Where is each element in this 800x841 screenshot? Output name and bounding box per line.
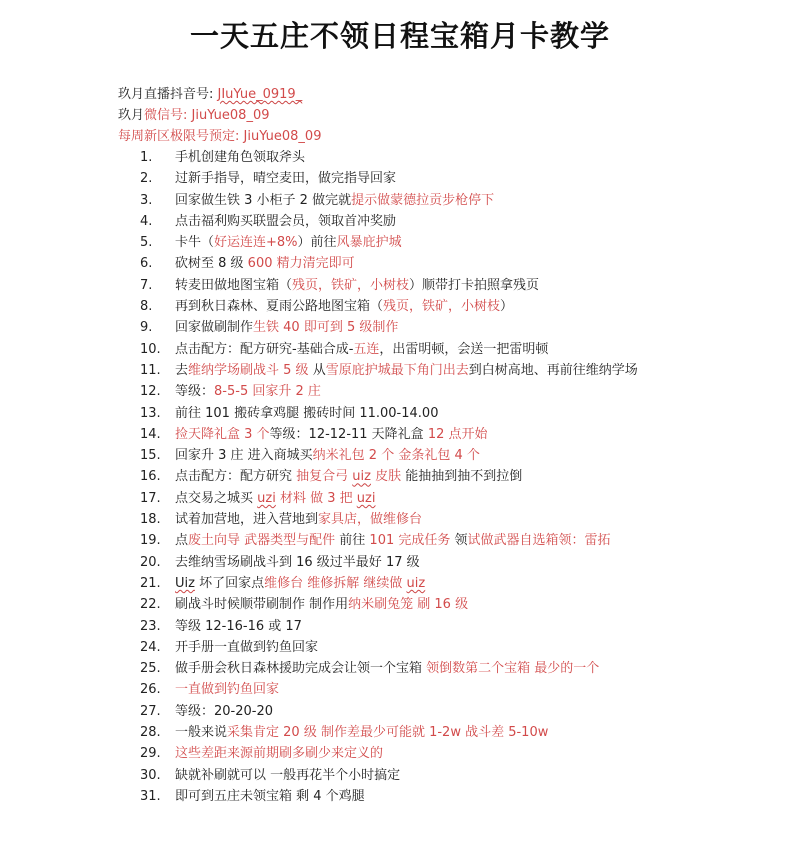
list-item: 20.去维纳雪场刷战斗到 16 级过半最好 17 级 [140, 552, 638, 573]
list-item: 12.等级：8-5-5 回家升 2 庄 [140, 381, 638, 402]
step-number: 9. [140, 317, 175, 338]
text-segment: 去 [175, 363, 188, 378]
contact-line: 玖月微信号: JiuYue08_09 [118, 105, 321, 126]
step-number: 27. [140, 701, 175, 722]
step-number: 1. [140, 147, 175, 168]
step-text: 这些差距来源前期刷多刷少来定义的 [175, 743, 383, 764]
text-segment: 卡牛（ [175, 235, 214, 250]
steps-list: 1.手机创建角色领取斧头2.过新手指导，晴空麦田，做完指导回家3.回家做生铁 3… [140, 147, 638, 807]
step-text: 点击福利购买联盟会员，领取首冲奖励 [175, 211, 396, 232]
step-text: 转麦田做地图宝箱（残页，铁矿，小树枝）顺带打卡拍照拿残页 [175, 275, 539, 296]
text-segment: 玖月直播抖音号: [118, 87, 218, 102]
step-number: 28. [140, 722, 175, 743]
text-segment: 点击配方：配方研究-基础合成- [175, 342, 353, 357]
highlighted-text: 12 点开始 [428, 427, 488, 442]
text-segment: 领 [450, 533, 467, 548]
contact-line: 玖月直播抖音号: JIuYue_0919_ [118, 84, 321, 105]
text-segment: 试着加营地，进入营地到 [175, 512, 318, 527]
list-item: 25.做手册会秋日森林援助完成会让领一个宝箱 领倒数第二个宝箱 最少的一个 [140, 658, 638, 679]
text-segment: ）顺带打卡拍照拿残页 [409, 278, 539, 293]
highlighted-text: 领倒数第二个宝箱 最少的一个 [426, 661, 599, 676]
step-number: 11. [140, 360, 175, 381]
text-segment: 做手册会秋日森林援助完成会让领一个宝箱 [175, 661, 426, 676]
text-segment: 去维纳雪场刷战斗到 16 级过半最好 17 级 [175, 555, 420, 570]
highlighted-text: 一直做到钓鱼回家 [175, 682, 279, 697]
step-text: 去维纳雪场刷战斗到 16 级过半最好 17 级 [175, 552, 420, 573]
step-number: 22. [140, 594, 175, 615]
step-text: 做手册会秋日森林援助完成会让领一个宝箱 领倒数第二个宝箱 最少的一个 [175, 658, 599, 679]
text-segment: 手机创建角色领取斧头 [175, 150, 305, 165]
list-item: 7.转麦田做地图宝箱（残页，铁矿，小树枝）顺带打卡拍照拿残页 [140, 275, 638, 296]
step-number: 21. [140, 573, 175, 594]
step-number: 2. [140, 168, 175, 189]
highlighted-text: 600 精力清完即可 [248, 256, 355, 271]
highlighted-text: 维纳学场刷战斗 5 级 [188, 363, 309, 378]
highlighted-text: 风暴庇护城 [337, 235, 402, 250]
step-text: 回家做刷制作生铁 40 即可到 5 级制作 [175, 317, 398, 338]
step-number: 7. [140, 275, 175, 296]
text-segment: 能抽抽到抽不到拉倒 [401, 469, 522, 484]
list-item: 16.点击配方：配方研究 抽复合弓 uiz 皮肤 能抽抽到抽不到拉倒 [140, 466, 638, 487]
list-item: 13.前往 101 搬砖拿鸡腿 搬砖时间 11.00-14.00 [140, 403, 638, 424]
step-number: 23. [140, 616, 175, 637]
text-segment: 点 [175, 533, 188, 548]
text-segment: 前往 [335, 533, 369, 548]
step-number: 5. [140, 232, 175, 253]
list-item: 2.过新手指导，晴空麦田，做完指导回家 [140, 168, 638, 189]
highlighted-text: uzi [357, 491, 376, 506]
highlighted-text: 这些差距来源前期刷多刷少来定义的 [175, 746, 383, 761]
text-segment: 转麦田做地图宝箱（ [175, 278, 292, 293]
highlighted-text: 捡天降礼盒 3 个 [175, 427, 270, 442]
list-item: 29.这些差距来源前期刷多刷少来定义的 [140, 743, 638, 764]
text-segment: 等级 12-16-16 或 17 [175, 619, 302, 634]
highlighted-text: 好运连连+8% [214, 235, 298, 250]
text-segment: 回家做生铁 3 小柜子 2 做完就 [175, 193, 351, 208]
contact-line: 每周新区极限号预定: JiuYue08_09 [118, 126, 321, 147]
step-text: 一直做到钓鱼回家 [175, 679, 279, 700]
text-segment: 刷战斗时候顺带刷制作 制作用 [175, 597, 348, 612]
step-text: 捡天降礼盒 3 个等级：12-12-11 天降礼盒 12 点开始 [175, 424, 488, 445]
list-item: 5.卡牛（好运连连+8%）前往风暴庇护城 [140, 232, 638, 253]
text-segment: 从 [309, 363, 326, 378]
highlighted-text: uiz [352, 469, 371, 484]
step-text: 一般来说采集肯定 20 级 制作差最少可能就 1-2w 战斗差 5-10w [175, 722, 548, 743]
list-item: 8.再到秋日森林、夏雨公路地图宝箱（残页，铁矿，小树枝） [140, 296, 638, 317]
step-number: 16. [140, 466, 175, 487]
list-item: 15.回家升 3 庄 进入商城买纳米礼包 2 个 金条礼包 4 个 [140, 445, 638, 466]
text-segment: 等级：20-20-20 [175, 704, 273, 719]
text-segment: ） [500, 299, 513, 314]
list-item: 27.等级：20-20-20 [140, 701, 638, 722]
text-segment: 缺就补刷就可以 一般再花半个小时搞定 [175, 768, 400, 783]
list-item: 1.手机创建角色领取斧头 [140, 147, 638, 168]
highlighted-text: 101 完成任务 [369, 533, 450, 548]
highlighted-text: uzi [257, 491, 276, 506]
list-item: 4.点击福利购买联盟会员，领取首冲奖励 [140, 211, 638, 232]
text-segment: 点击福利购买联盟会员，领取首冲奖励 [175, 214, 396, 229]
step-number: 31. [140, 786, 175, 807]
list-item: 26.一直做到钓鱼回家 [140, 679, 638, 700]
highlighted-text: 材料 做 3 把 [276, 491, 357, 506]
list-item: 6.砍树至 8 级 600 精力清完即可 [140, 253, 638, 274]
step-number: 4. [140, 211, 175, 232]
list-item: 19.点废土向导 武器类型与配件 前往 101 完成任务 领试做武器自选箱领：雷… [140, 530, 638, 551]
step-text: 再到秋日森林、夏雨公路地图宝箱（残页，铁矿，小树枝） [175, 296, 513, 317]
step-number: 14. [140, 424, 175, 445]
highlighted-text: 残页，铁矿，小树枝 [383, 299, 500, 314]
list-item: 31.即可到五庄未领宝箱 剩 4 个鸡腿 [140, 786, 638, 807]
highlighted-text: 纳米刷兔笼 刷 16 级 [348, 597, 468, 612]
step-number: 8. [140, 296, 175, 317]
text-segment: 再到秋日森林、夏雨公路地图宝箱（ [175, 299, 383, 314]
step-text: 点废土向导 武器类型与配件 前往 101 完成任务 领试做武器自选箱领：雷拓 [175, 530, 611, 551]
list-item: 18.试着加营地，进入营地到家具店，做维修台 [140, 509, 638, 530]
text-segment: 等级：12-12-11 天降礼盒 [270, 427, 428, 442]
list-item: 22.刷战斗时候顺带刷制作 制作用纳米刷兔笼 刷 16 级 [140, 594, 638, 615]
text-segment: 一般来说 [175, 725, 227, 740]
highlighted-text: 残页，铁矿，小树枝 [292, 278, 409, 293]
text-segment: ，出雷明顿，会送一把雷明顿 [379, 342, 548, 357]
step-number: 26. [140, 679, 175, 700]
step-text: 等级：8-5-5 回家升 2 庄 [175, 381, 321, 402]
text-segment: 砍树至 8 级 [175, 256, 248, 271]
step-number: 10. [140, 339, 175, 360]
step-text: Uiz 坏了回家点维修台 维修拆解 继续做 uiz [175, 573, 425, 594]
text-segment: 到白树高地、再前往维纳学场 [469, 363, 638, 378]
step-number: 17. [140, 488, 175, 509]
text-segment: 坏了回家点 [195, 576, 264, 591]
step-text: 砍树至 8 级 600 精力清完即可 [175, 253, 355, 274]
text-segment: 过新手指导，晴空麦田，做完指导回家 [175, 171, 396, 186]
text-segment: Uiz [175, 576, 195, 591]
list-item: 3.回家做生铁 3 小柜子 2 做完就提示做蒙德拉贡步枪停下 [140, 190, 638, 211]
list-item: 17.点交易之城买 uzi 材料 做 3 把 uzi [140, 488, 638, 509]
step-number: 30. [140, 765, 175, 786]
step-number: 25. [140, 658, 175, 679]
highlighted-text: 采集肯定 20 级 制作差最少可能就 1-2w 战斗差 5-10w [227, 725, 548, 740]
contact-info: 玖月直播抖音号: JIuYue_0919_玖月微信号: JiuYue08_09每… [118, 84, 321, 147]
step-number: 12. [140, 381, 175, 402]
text-segment: 回家做刷制作 [175, 320, 253, 335]
step-text: 去维纳学场刷战斗 5 级 从雪原庇护城最下角门出去到白树高地、再前往维纳学场 [175, 360, 638, 381]
step-text: 开手册一直做到钓鱼回家 [175, 637, 318, 658]
step-number: 6. [140, 253, 175, 274]
step-text: 点击配方：配方研究-基础合成-五连，出雷明顿，会送一把雷明顿 [175, 339, 548, 360]
highlighted-text: 雪原庇护城最下角门出去 [326, 363, 469, 378]
list-item: 30.缺就补刷就可以 一般再花半个小时搞定 [140, 765, 638, 786]
step-number: 20. [140, 552, 175, 573]
step-number: 18. [140, 509, 175, 530]
highlighted-text: 提示做蒙德拉贡步枪停下 [351, 193, 494, 208]
highlighted-text: 皮肤 [371, 469, 401, 484]
step-text: 卡牛（好运连连+8%）前往风暴庇护城 [175, 232, 402, 253]
highlighted-text: 维修台 维修拆解 继续做 [264, 576, 406, 591]
step-text: 点交易之城买 uzi 材料 做 3 把 uzi [175, 488, 375, 509]
highlighted-text: 五连 [353, 342, 379, 357]
step-text: 过新手指导，晴空麦田，做完指导回家 [175, 168, 396, 189]
text-segment: 点击配方：配方研究 [175, 469, 296, 484]
highlighted-text: 每周新区极限号预定: JiuYue08_09 [118, 129, 321, 144]
text-segment: 前往 101 搬砖拿鸡腿 搬砖时间 11.00-14.00 [175, 406, 438, 421]
highlighted-text: 微信号: JiuYue08_09 [144, 108, 269, 123]
highlighted-text: JIuYue_0919_ [218, 87, 303, 102]
highlighted-text: 试做武器自选箱领：雷拓 [468, 533, 611, 548]
text-segment: 等级： [175, 384, 214, 399]
list-item: 14.捡天降礼盒 3 个等级：12-12-11 天降礼盒 12 点开始 [140, 424, 638, 445]
list-item: 9.回家做刷制作生铁 40 即可到 5 级制作 [140, 317, 638, 338]
list-item: 11.去维纳学场刷战斗 5 级 从雪原庇护城最下角门出去到白树高地、再前往维纳学… [140, 360, 638, 381]
highlighted-text: 8-5-5 回家升 2 庄 [214, 384, 321, 399]
step-text: 手机创建角色领取斧头 [175, 147, 305, 168]
step-text: 等级 12-16-16 或 17 [175, 616, 302, 637]
step-text: 回家升 3 庄 进入商城买纳米礼包 2 个 金条礼包 4 个 [175, 445, 480, 466]
list-item: 28.一般来说采集肯定 20 级 制作差最少可能就 1-2w 战斗差 5-10w [140, 722, 638, 743]
text-segment: 回家升 3 庄 进入商城买 [175, 448, 313, 463]
step-text: 点击配方：配方研究 抽复合弓 uiz 皮肤 能抽抽到抽不到拉倒 [175, 466, 522, 487]
list-item: 10.点击配方：配方研究-基础合成-五连，出雷明顿，会送一把雷明顿 [140, 339, 638, 360]
step-text: 前往 101 搬砖拿鸡腿 搬砖时间 11.00-14.00 [175, 403, 438, 424]
step-text: 等级：20-20-20 [175, 701, 273, 722]
step-number: 29. [140, 743, 175, 764]
text-segment: 即可到五庄未领宝箱 剩 4 个鸡腿 [175, 789, 365, 804]
step-number: 13. [140, 403, 175, 424]
highlighted-text: 纳米礼包 2 个 金条礼包 4 个 [313, 448, 480, 463]
text-segment: 开手册一直做到钓鱼回家 [175, 640, 318, 655]
step-text: 即可到五庄未领宝箱 剩 4 个鸡腿 [175, 786, 365, 807]
highlighted-text: 家具店，做维修台 [318, 512, 422, 527]
highlighted-text: uiz [407, 576, 426, 591]
list-item: 23.等级 12-16-16 或 17 [140, 616, 638, 637]
list-item: 21.Uiz 坏了回家点维修台 维修拆解 继续做 uiz [140, 573, 638, 594]
step-text: 回家做生铁 3 小柜子 2 做完就提示做蒙德拉贡步枪停下 [175, 190, 494, 211]
step-number: 15. [140, 445, 175, 466]
highlighted-text: 抽复合弓 [296, 469, 352, 484]
text-segment: 玖月 [118, 108, 144, 123]
text-segment: 点交易之城买 [175, 491, 257, 506]
document-title: 一天五庄不领日程宝箱月卡教学 [0, 14, 800, 55]
step-text: 缺就补刷就可以 一般再花半个小时搞定 [175, 765, 400, 786]
text-segment: ）前往 [298, 235, 337, 250]
highlighted-text: 废土向导 武器类型与配件 [188, 533, 335, 548]
highlighted-text: 生铁 40 即可到 5 级制作 [253, 320, 398, 335]
step-number: 3. [140, 190, 175, 211]
list-item: 24.开手册一直做到钓鱼回家 [140, 637, 638, 658]
step-text: 刷战斗时候顺带刷制作 制作用纳米刷兔笼 刷 16 级 [175, 594, 468, 615]
step-number: 19. [140, 530, 175, 551]
step-text: 试着加营地，进入营地到家具店，做维修台 [175, 509, 422, 530]
step-number: 24. [140, 637, 175, 658]
